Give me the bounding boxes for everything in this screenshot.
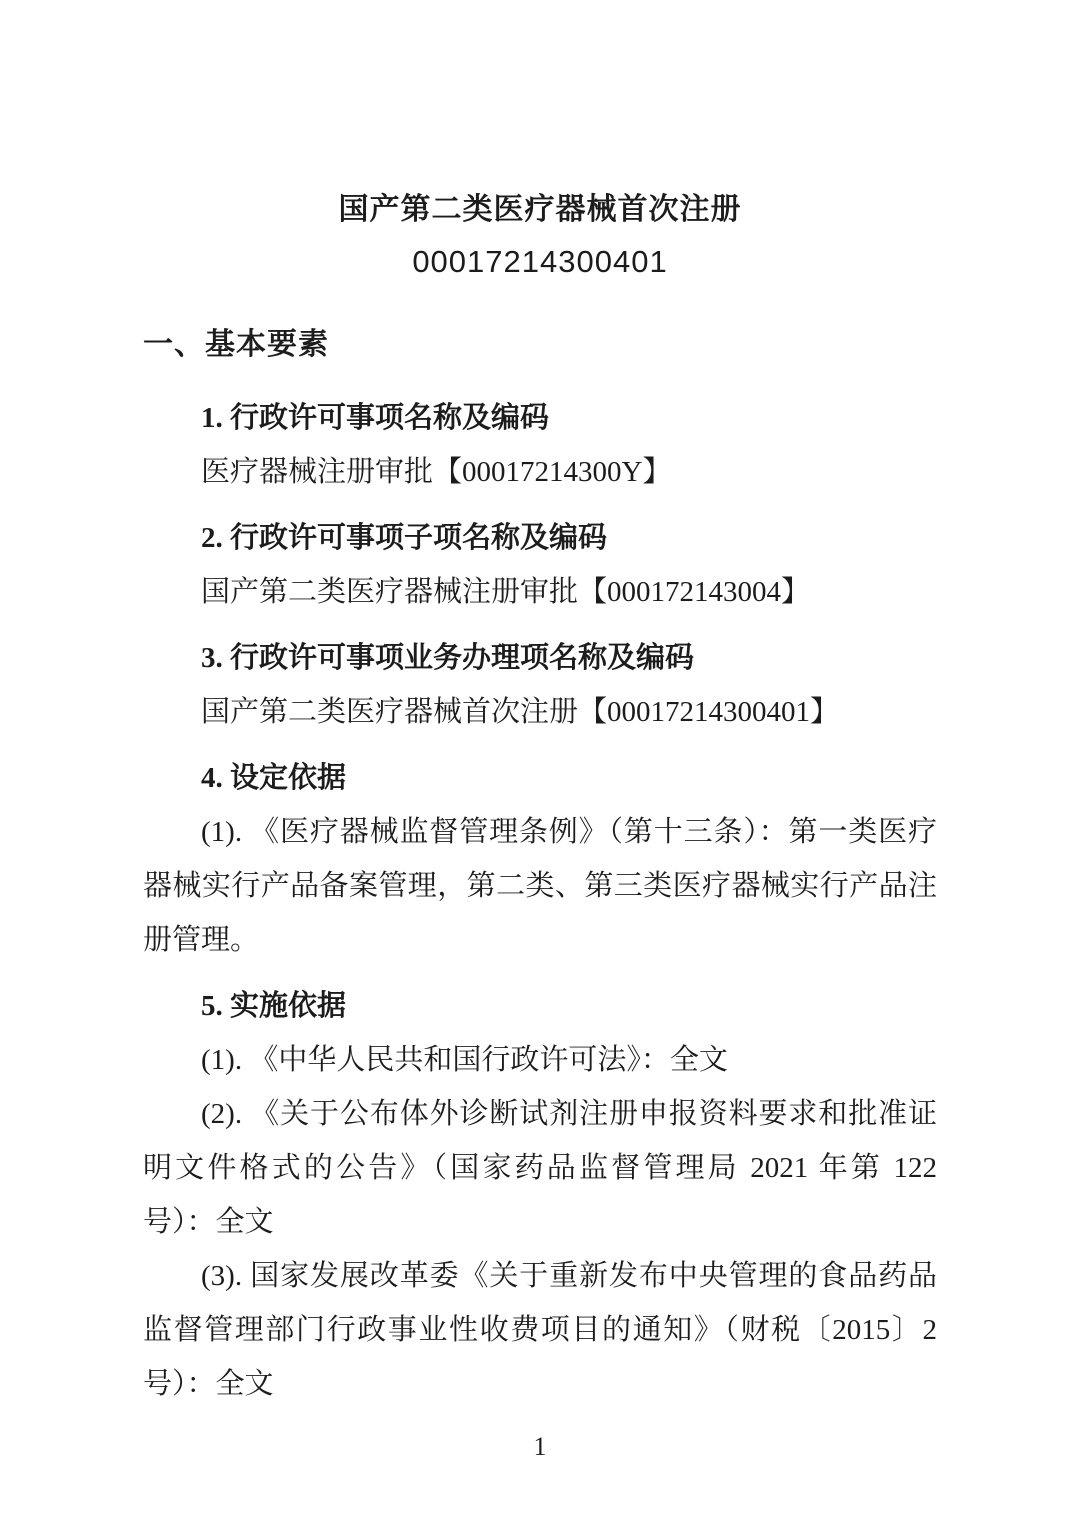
item-3: 3. 行政许可事项业务办理项名称及编码 国产第二类医疗器械首次注册【000172… [143, 631, 937, 739]
item-5-paragraph-2: (2). 《关于公布体外诊断试剂注册申报资料要求和批准证明文件格式的公告》（国家… [143, 1087, 937, 1249]
item-1-heading: 1. 行政许可事项名称及编码 [143, 391, 937, 445]
item-2-paragraph: 国产第二类医疗器械注册审批【000172143004】 [143, 565, 937, 619]
document-title: 国产第二类医疗器械首次注册 [143, 190, 937, 230]
item-2-heading: 2. 行政许可事项子项名称及编码 [143, 511, 937, 565]
item-3-heading: 3. 行政许可事项业务办理项名称及编码 [143, 631, 937, 685]
item-5-heading: 5. 实施依据 [143, 979, 937, 1033]
page-number: 1 [0, 1432, 1080, 1462]
item-4-heading: 4. 设定依据 [143, 751, 937, 805]
item-1: 1. 行政许可事项名称及编码 医疗器械注册审批【00017214300Y】 [143, 391, 937, 499]
item-4: 4. 设定依据 (1). 《医疗器械监督管理条例》（第十三条）：第一类医疗器械实… [143, 751, 937, 967]
document-number: 00017214300401 [143, 242, 937, 282]
item-5: 5. 实施依据 (1). 《中华人民共和国行政许可法》：全文 (2). 《关于公… [143, 979, 937, 1411]
item-5-paragraph-3: (3). 国家发展改革委《关于重新发布中央管理的食品药品监督管理部门行政事业性收… [143, 1249, 937, 1411]
item-4-paragraph-1: (1). 《医疗器械监督管理条例》（第十三条）：第一类医疗器械实行产品备案管理，… [143, 805, 937, 967]
item-5-paragraph-1: (1). 《中华人民共和国行政许可法》：全文 [143, 1033, 937, 1087]
item-3-paragraph: 国产第二类医疗器械首次注册【00017214300401】 [143, 685, 937, 739]
document-page: 国产第二类医疗器械首次注册 00017214300401 一、基本要素 1. 行… [0, 0, 1080, 1528]
item-1-paragraph: 医疗器械注册审批【00017214300Y】 [143, 445, 937, 499]
item-2: 2. 行政许可事项子项名称及编码 国产第二类医疗器械注册审批【000172143… [143, 511, 937, 619]
section-heading-basic-elements: 一、基本要素 [143, 324, 937, 366]
